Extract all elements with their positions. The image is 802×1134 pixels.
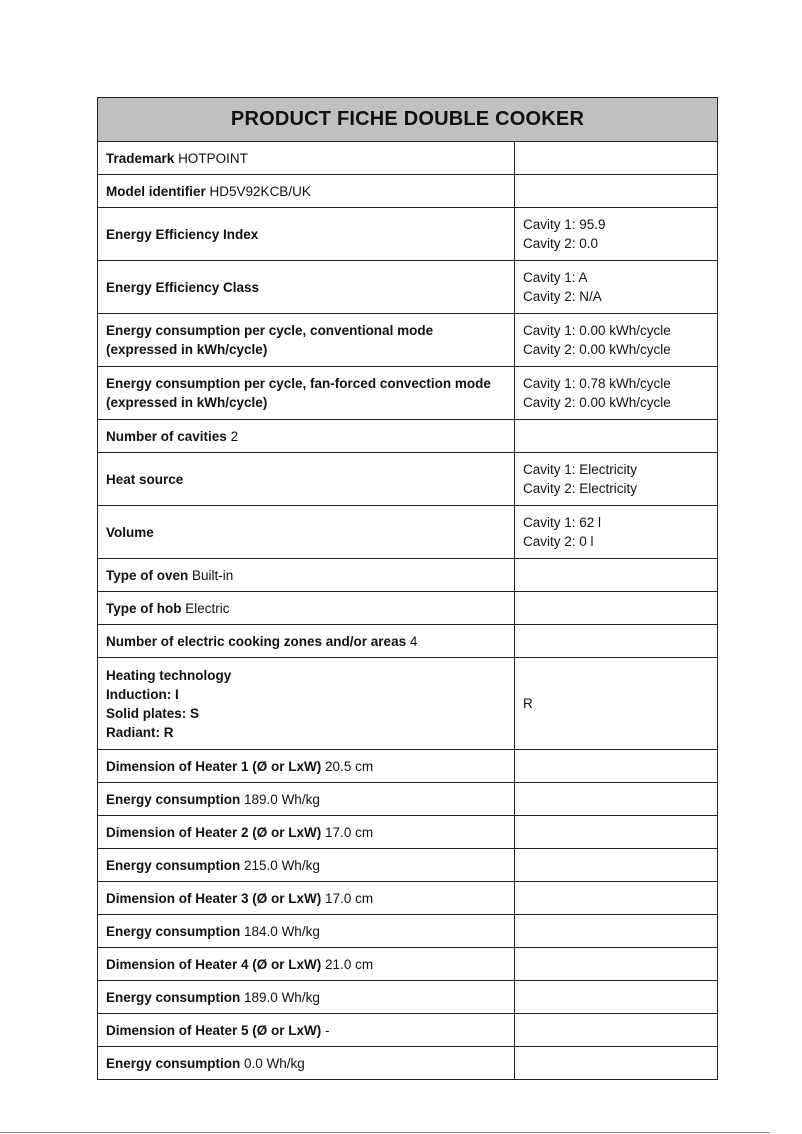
- property-cell: Energy consumption 189.0 Wh/kg: [98, 981, 515, 1014]
- table-row: Energy Efficiency ClassCavity 1: ACavity…: [98, 261, 718, 314]
- table-row: Energy consumption 0.0 Wh/kg: [98, 1047, 718, 1080]
- property-value: HD5V92KCB/UK: [210, 184, 311, 199]
- property-label: Volume: [106, 525, 154, 540]
- value-cell: Cavity 1: 62 lCavity 2: 0 l: [515, 506, 718, 559]
- cavity-value: Cavity 2: N/A: [523, 287, 709, 306]
- table-row: Dimension of Heater 4 (Ø or LxW) 21.0 cm: [98, 948, 718, 981]
- cavity-value: Cavity 2: Electricity: [523, 479, 709, 498]
- property-cell: Volume: [98, 506, 515, 559]
- property-label: Dimension of Heater 3 (Ø or LxW): [106, 891, 321, 906]
- property-label: Energy consumption: [106, 924, 240, 939]
- property-cell: Energy consumption per cycle, convention…: [98, 314, 515, 367]
- property-cell: Dimension of Heater 3 (Ø or LxW) 17.0 cm: [98, 882, 515, 915]
- value-cell: Cavity 1: ElectricityCavity 2: Electrici…: [515, 453, 718, 506]
- table-row: Number of electric cooking zones and/or …: [98, 625, 718, 658]
- property-cell: Number of cavities 2: [98, 420, 515, 453]
- property-value: Built-in: [192, 568, 233, 583]
- page-separator: [0, 1132, 770, 1133]
- table-row: Type of hob Electric: [98, 592, 718, 625]
- property-label: Energy Efficiency Class: [106, 280, 259, 295]
- value-cell: [515, 915, 718, 948]
- cavity-value: Cavity 1: 0.78 kWh/cycle: [523, 374, 709, 393]
- property-label: Radiant: R: [106, 723, 506, 742]
- property-label: Heat source: [106, 472, 183, 487]
- product-fiche-table: PRODUCT FICHE DOUBLE COOKER Trademark HO…: [97, 97, 718, 1080]
- property-value: 0.0 Wh/kg: [244, 1056, 305, 1071]
- table-row: VolumeCavity 1: 62 lCavity 2: 0 l: [98, 506, 718, 559]
- value-cell: [515, 948, 718, 981]
- property-value: HOTPOINT: [178, 151, 248, 166]
- property-label: Energy consumption: [106, 858, 240, 873]
- property-cell: Energy consumption per cycle, fan-forced…: [98, 367, 515, 420]
- value-cell: Cavity 1: ACavity 2: N/A: [515, 261, 718, 314]
- cavity-value: R: [523, 694, 709, 713]
- value-cell: Cavity 1: 0.00 kWh/cycleCavity 2: 0.00 k…: [515, 314, 718, 367]
- property-value: 4: [410, 634, 418, 649]
- table-row: Type of oven Built-in: [98, 559, 718, 592]
- value-cell: [515, 142, 718, 175]
- property-cell: Type of hob Electric: [98, 592, 515, 625]
- table-row: Heating technologyInduction: ISolid plat…: [98, 658, 718, 750]
- property-cell: Dimension of Heater 5 (Ø or LxW) -: [98, 1014, 515, 1047]
- value-cell: [515, 175, 718, 208]
- property-cell: Dimension of Heater 1 (Ø or LxW) 20.5 cm: [98, 750, 515, 783]
- table-row: Model identifier HD5V92KCB/UK: [98, 175, 718, 208]
- table-row: Energy consumption 189.0 Wh/kg: [98, 783, 718, 816]
- property-label: Dimension of Heater 2 (Ø or LxW): [106, 825, 321, 840]
- table-row: Dimension of Heater 1 (Ø or LxW) 20.5 cm: [98, 750, 718, 783]
- table-row: Energy consumption 215.0 Wh/kg: [98, 849, 718, 882]
- value-cell: [515, 625, 718, 658]
- property-value: -: [325, 1023, 330, 1038]
- cavity-value: Cavity 1: 62 l: [523, 513, 709, 532]
- value-cell: [515, 981, 718, 1014]
- table-row: Energy consumption per cycle, convention…: [98, 314, 718, 367]
- value-cell: [515, 816, 718, 849]
- property-value: 189.0 Wh/kg: [244, 990, 320, 1005]
- value-cell: R: [515, 658, 718, 750]
- property-label: Dimension of Heater 5 (Ø or LxW): [106, 1023, 321, 1038]
- table-row: Energy consumption per cycle, fan-forced…: [98, 367, 718, 420]
- table-row: Energy consumption 189.0 Wh/kg: [98, 981, 718, 1014]
- table-row: Heat sourceCavity 1: ElectricityCavity 2…: [98, 453, 718, 506]
- value-cell: [515, 783, 718, 816]
- property-value: 184.0 Wh/kg: [244, 924, 320, 939]
- property-label: Dimension of Heater 4 (Ø or LxW): [106, 957, 321, 972]
- value-cell: [515, 750, 718, 783]
- property-value: 2: [231, 429, 239, 444]
- cavity-value: Cavity 2: 0.0: [523, 234, 709, 253]
- table-row: Dimension of Heater 2 (Ø or LxW) 17.0 cm: [98, 816, 718, 849]
- property-label: Energy Efficiency Index: [106, 227, 258, 242]
- property-cell: Dimension of Heater 2 (Ø or LxW) 17.0 cm: [98, 816, 515, 849]
- cavity-value: Cavity 1: 0.00 kWh/cycle: [523, 321, 709, 340]
- property-cell: Heat source: [98, 453, 515, 506]
- property-label: Induction: I: [106, 685, 506, 704]
- property-value: 17.0 cm: [325, 891, 373, 906]
- property-value: Electric: [185, 601, 229, 616]
- property-value: 189.0 Wh/kg: [244, 792, 320, 807]
- table-row: Energy consumption 184.0 Wh/kg: [98, 915, 718, 948]
- value-cell: [515, 559, 718, 592]
- property-cell: Energy consumption 184.0 Wh/kg: [98, 915, 515, 948]
- property-label: Type of hob: [106, 601, 182, 616]
- value-cell: [515, 420, 718, 453]
- cavity-value: Cavity 1: 95.9: [523, 215, 709, 234]
- property-cell: Trademark HOTPOINT: [98, 142, 515, 175]
- property-cell: Energy Efficiency Index: [98, 208, 515, 261]
- table-row: Energy Efficiency IndexCavity 1: 95.9Cav…: [98, 208, 718, 261]
- cavity-value: Cavity 1: Electricity: [523, 460, 709, 479]
- property-label: Energy consumption: [106, 792, 240, 807]
- cavity-value: Cavity 2: 0.00 kWh/cycle: [523, 340, 709, 359]
- property-value: 20.5 cm: [325, 759, 373, 774]
- table-row: Dimension of Heater 3 (Ø or LxW) 17.0 cm: [98, 882, 718, 915]
- cavity-value: Cavity 1: A: [523, 268, 709, 287]
- property-label: Energy consumption per cycle, fan-forced…: [106, 376, 491, 410]
- property-cell: Energy consumption 215.0 Wh/kg: [98, 849, 515, 882]
- property-value: 21.0 cm: [325, 957, 373, 972]
- property-cell: Type of oven Built-in: [98, 559, 515, 592]
- value-cell: Cavity 1: 95.9Cavity 2: 0.0: [515, 208, 718, 261]
- property-label: Type of oven: [106, 568, 188, 583]
- cavity-value: Cavity 2: 0.00 kWh/cycle: [523, 393, 709, 412]
- table-row: Trademark HOTPOINT: [98, 142, 718, 175]
- property-cell: Energy consumption 0.0 Wh/kg: [98, 1047, 515, 1080]
- property-label: Solid plates: S: [106, 704, 506, 723]
- property-value: 17.0 cm: [325, 825, 373, 840]
- property-cell: Dimension of Heater 4 (Ø or LxW) 21.0 cm: [98, 948, 515, 981]
- property-label: Dimension of Heater 1 (Ø or LxW): [106, 759, 321, 774]
- property-label: Trademark: [106, 151, 174, 166]
- property-cell: Heating technologyInduction: ISolid plat…: [98, 658, 515, 750]
- property-label: Number of electric cooking zones and/or …: [106, 634, 406, 649]
- property-cell: Number of electric cooking zones and/or …: [98, 625, 515, 658]
- fiche-title: PRODUCT FICHE DOUBLE COOKER: [98, 98, 718, 142]
- property-label: Number of cavities: [106, 429, 227, 444]
- property-label: Energy consumption per cycle, convention…: [106, 323, 433, 357]
- value-cell: Cavity 1: 0.78 kWh/cycleCavity 2: 0.00 k…: [515, 367, 718, 420]
- value-cell: [515, 592, 718, 625]
- value-cell: [515, 849, 718, 882]
- value-cell: [515, 1014, 718, 1047]
- table-row: Number of cavities 2: [98, 420, 718, 453]
- property-cell: Model identifier HD5V92KCB/UK: [98, 175, 515, 208]
- property-label: Model identifier: [106, 184, 206, 199]
- property-value: 215.0 Wh/kg: [244, 858, 320, 873]
- property-label: Energy consumption: [106, 990, 240, 1005]
- table-row: Dimension of Heater 5 (Ø or LxW) -: [98, 1014, 718, 1047]
- property-cell: Energy consumption 189.0 Wh/kg: [98, 783, 515, 816]
- value-cell: [515, 882, 718, 915]
- property-label: Heating technology: [106, 666, 506, 685]
- value-cell: [515, 1047, 718, 1080]
- property-cell: Energy Efficiency Class: [98, 261, 515, 314]
- property-label: Energy consumption: [106, 1056, 240, 1071]
- cavity-value: Cavity 2: 0 l: [523, 532, 709, 551]
